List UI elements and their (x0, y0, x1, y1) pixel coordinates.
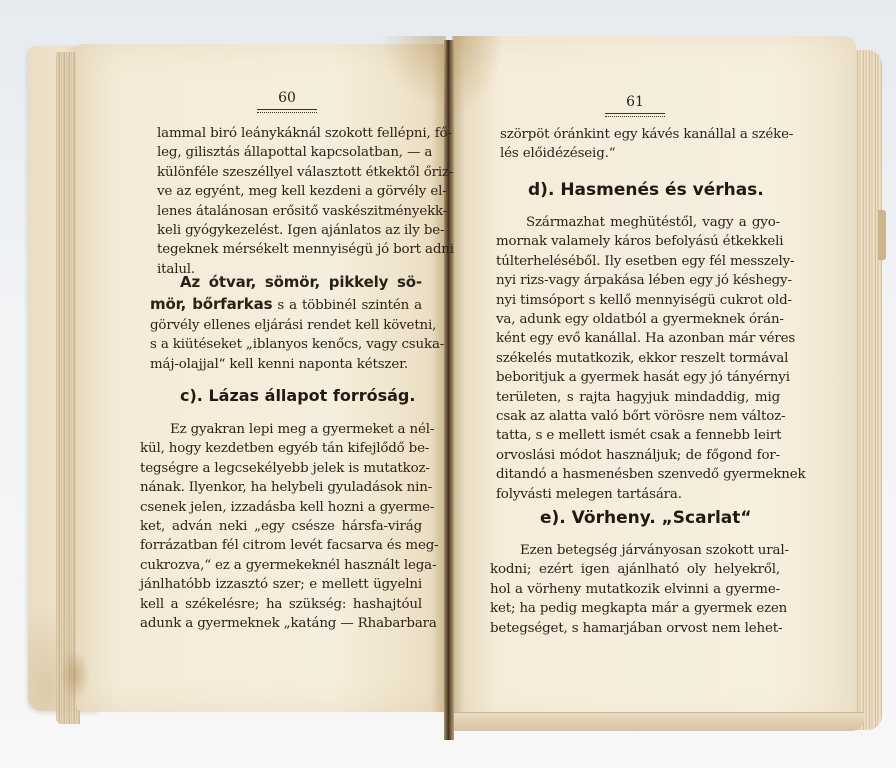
text-line: ve az egyént, meg kell kezdeni a görvély… (157, 182, 424, 201)
text-line: Származhat meghütéstől, vagy a gyo- (496, 213, 780, 232)
text-line: Az ótvar, sömör, pikkely sö- (150, 272, 422, 294)
left-paragraph-2: Az ótvar, sömör, pikkely sö- mör, bőrfar… (150, 272, 422, 374)
text-line: keli gyógykezelést. Igen ajánlatos az il… (157, 221, 424, 240)
text-line: betegséget, s hamarjában orvost nem lehe… (490, 619, 780, 638)
book-gutter (444, 40, 454, 740)
text-line: szörpöt óránkint egy kávés kanállal a sz… (500, 125, 780, 144)
page-bottom-edge (452, 712, 864, 731)
text-line: lammal biró leánykáknál szokott fellépni… (157, 124, 424, 143)
text-line: kodni; ezért igen ajánlható oly helyekrő… (490, 560, 780, 579)
text-line: nának. Ilyenkor, ha helybeli gyuladások … (140, 478, 422, 497)
text-line: mornak valamely káros befolyású étkekkel… (496, 232, 780, 251)
text-line: forrázatban fél citrom levét facsarva és… (140, 536, 422, 555)
book-photo: 60 lammal biró leánykáknál szokott fellé… (0, 0, 896, 768)
text-line: s a kiütéseket „iblanyos kenőcs, vagy cs… (150, 335, 422, 354)
text-line: mör, bőrfarkas s a többinél szintén a (150, 294, 422, 316)
text-line: va, adunk egy oldatból a gyermeknek órán… (496, 310, 780, 329)
text-line: ket; ha pedig megkapta már a gyermek eze… (490, 599, 780, 618)
text-line: lenes átalánosan erősitő vaskészitmények… (157, 202, 424, 221)
page-number-left: 60 (257, 90, 317, 106)
text-span: s a többinél szintén a (277, 298, 422, 313)
text-line: Ez gyakran lepi meg a gyermeket a nél- (140, 420, 422, 439)
water-stain (454, 36, 504, 116)
text-line: nyi timsóport s kellő mennyiségü cukrot … (496, 291, 780, 310)
section-heading-c: c). Lázas állapot forróság. (180, 386, 415, 405)
text-line: tegeknek mérsékelt mennyiségü jó bort ad… (157, 240, 424, 259)
text-line: ket, adván neki „egy csésze hársfa-virág (140, 517, 422, 536)
right-paragraph-2: Származhat meghütéstől, vagy a gyo- morn… (496, 213, 780, 504)
text-line: kell a székelésre; ha szükség: hashajtóu… (140, 595, 422, 614)
text-line: folyvásti melegen tartására. (496, 485, 780, 504)
bold-lead-text: mör, bőrfarkas (150, 295, 272, 313)
text-line: orvoslási módot használjuk; de főgond fo… (496, 446, 780, 465)
text-line: tatta, s e mellett ismét csak a fennebb … (496, 426, 780, 445)
text-line: hol a vörheny mutatkozik elvinni a gyerm… (490, 580, 780, 599)
text-line: leg, gilisztás állapottal kapcsolatban, … (157, 143, 424, 162)
right-paragraph-3: Ezen betegség járványosan szokott ural- … (490, 541, 780, 638)
page-edges-right (852, 50, 882, 730)
text-line: cukrozva,“ ez a gyermekeknél használt le… (140, 556, 422, 575)
text-line: beboritjuk a gyermek hasát egy jó tányér… (496, 368, 780, 387)
text-line: máj-olajjal“ kell kenni naponta kétszer. (150, 355, 422, 374)
text-line: lés előidézéseig.“ (500, 144, 780, 163)
left-paragraph-1: lammal biró leánykáknál szokott fellépni… (157, 124, 424, 279)
text-line: jánlhatóbb izzasztó szer; e mellett ügye… (140, 575, 422, 594)
text-line: tegségre a legcsekélyebb jelek is mutatk… (140, 459, 422, 478)
text-line: különféle szeszéllyel választott étkektő… (157, 163, 424, 182)
right-paragraph-1: szörpöt óránkint egy kávés kanállal a sz… (500, 125, 780, 164)
water-stain (380, 36, 446, 106)
text-line: görvély ellenes eljárási rendet kell köv… (150, 316, 422, 335)
text-line: csak az alatta való bőrt vörösre nem vál… (496, 407, 780, 426)
text-line: nyi rizs-vagy árpakása lében egy jó késh… (496, 271, 780, 290)
text-line: ként egy evő kanállal. Ha azonban már vé… (496, 329, 780, 348)
text-line: Ezen betegség járványosan szokott ural- (490, 541, 780, 560)
text-line: adunk a gyermeknek „katáng — Rhabarbara (140, 614, 422, 633)
section-heading-e: e). Vörheny. „Scarlat“ (540, 508, 752, 528)
page-number-rule (605, 113, 665, 117)
text-line: kül, hogy kezdetben egyéb tán kifejlődő … (140, 439, 422, 458)
left-paragraph-3: Ez gyakran lepi meg a gyermeket a nél- k… (140, 420, 422, 633)
section-heading-d: d). Hasmenés és vérhas. (528, 180, 764, 200)
text-line: ditandó a hasmenésben szenvedő gyermekne… (496, 465, 780, 484)
text-line: túlterheléséből. Ily esetben egy fél mes… (496, 252, 780, 271)
text-line: székelés mutatkozik, ekkor reszelt tormá… (496, 349, 780, 368)
water-stain (60, 650, 90, 700)
torn-page-tab (878, 210, 886, 260)
text-line: csenek jelen, izzadásba kell hozni a gye… (140, 498, 422, 517)
page-number-right: 61 (605, 94, 665, 110)
text-line: területen, s rajta hagyjuk mindaddig, mi… (496, 388, 780, 407)
page-number-rule (257, 109, 317, 113)
bold-lead-text: Az ótvar, sömör, pikkely sö- (180, 273, 422, 291)
